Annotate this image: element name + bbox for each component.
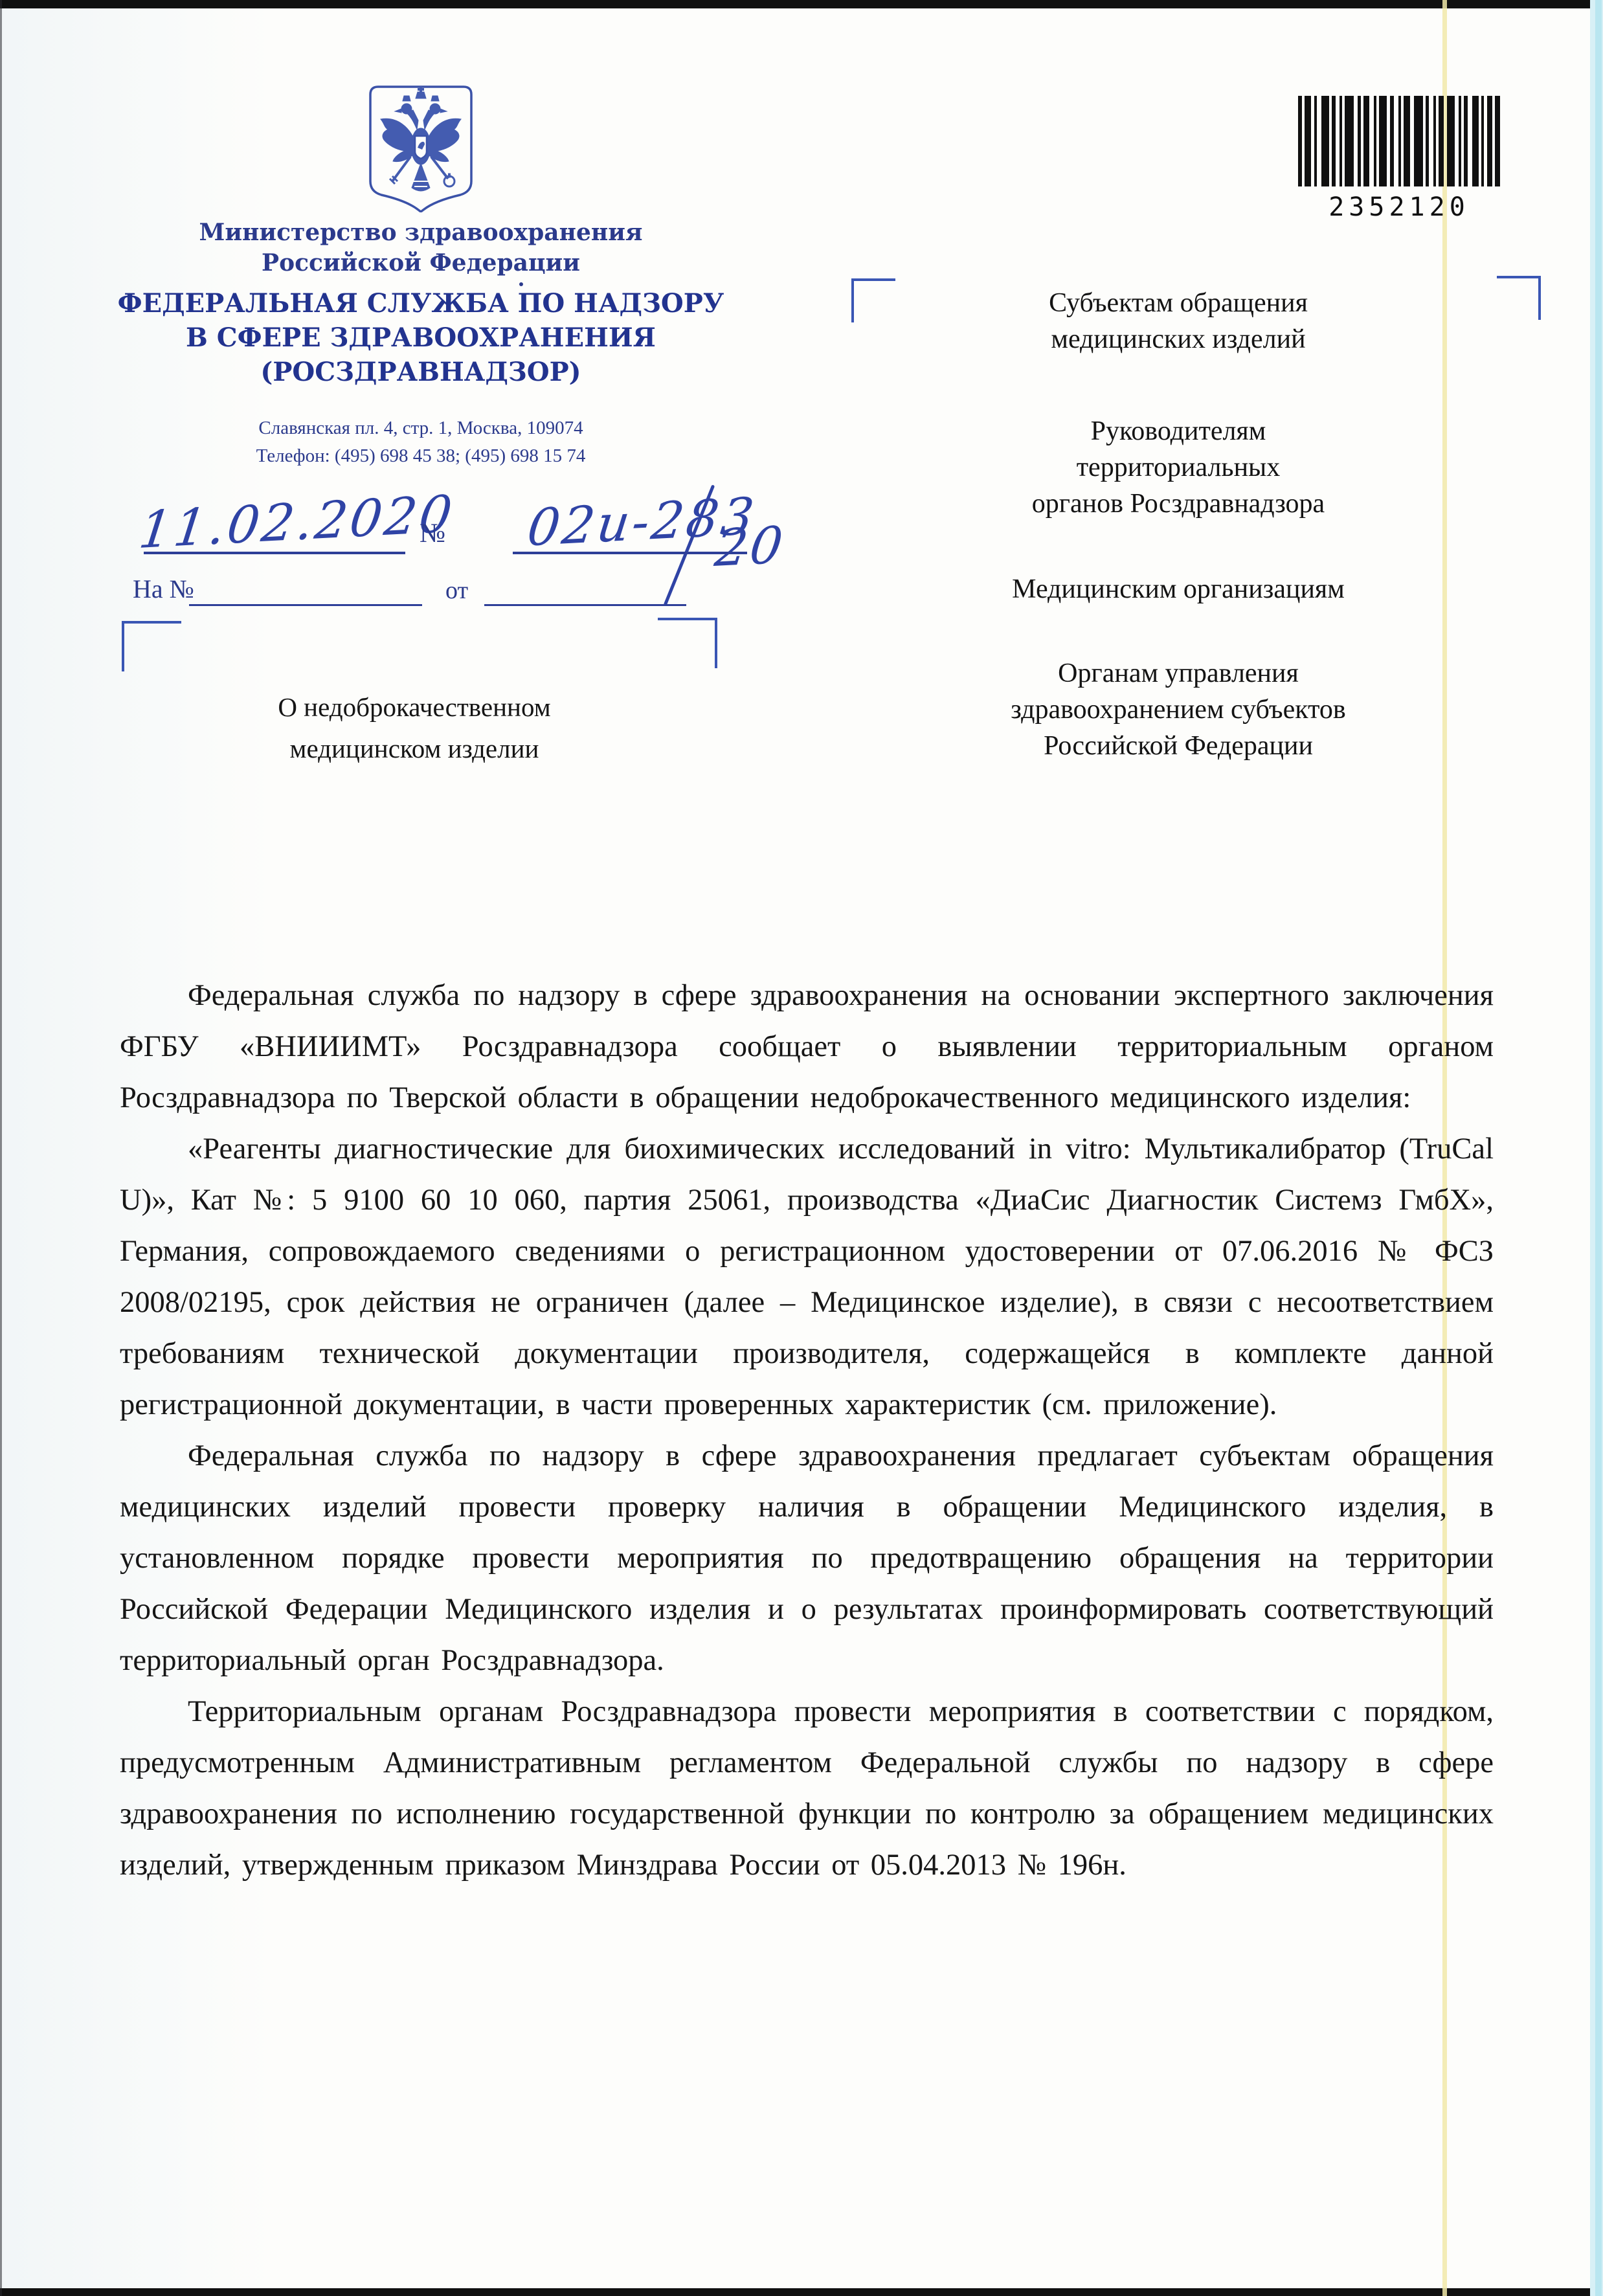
recipient-line: территориальных [880,449,1476,486]
recipient-line: Руководителям [880,413,1476,449]
subject-line-1: О недоброкачественном [201,686,628,728]
recipient-line: здравоохранением субъектов [880,692,1476,728]
reply-date-blank-line [484,604,686,606]
postal-address: Славянская пл. 4, стр. 1, Москва, 109074 [117,414,725,442]
service-line-2: В СФЕРЕ ЗДРАВООХРАНЕНИЯ [117,321,725,355]
body-paragraph-1: Федеральная служба по надзору в сфере зд… [120,970,1494,1123]
scan-stripe-cyan [1595,0,1602,2296]
recipient-line: Органам управления [880,655,1476,692]
recipient-line: медицинских изделий [880,321,1476,357]
ministry-line-2: Российской Федерации [117,248,725,278]
ministry-line-1: Министерство здравоохранения [117,218,725,248]
recipient-block-1: Субъектам обращения медицинских изделий [880,285,1476,357]
subject-line-2: медицинском изделии [201,728,628,769]
ministry-name: Министерство здравоохранения Российской … [117,218,725,278]
numero-sign: № [420,518,445,549]
reply-number-blank-line [189,604,422,606]
letter-body: Федеральная служба по надзору в сфере зд… [120,970,1494,1891]
subject-line: О недоброкачественном медицинском издели… [201,686,628,769]
address-zone-corner-left [122,621,181,671]
phone-numbers: Телефон: (495) 698 45 38; (495) 698 15 7… [117,442,725,470]
scanned-letter-page: Министерство здравоохранения Российской … [0,0,1603,2296]
russia-coat-of-arms-icon [368,84,474,216]
recipient-line: Медицинским организациям [880,571,1476,607]
body-paragraph-2: «Реагенты диагностические для биохимичес… [120,1123,1494,1430]
recipient-block-2: Руководителям территориальных органов Ро… [880,413,1476,522]
recipient-line: органов Росздравнадзора [880,486,1476,522]
date-underline [144,552,405,554]
service-line-1: ФЕДЕРАЛЬНАЯ СЛУЖБА ПО НАДЗОРУ [117,286,725,321]
recipient-line: Субъектам обращения [880,285,1476,321]
service-line-3: (РОСЗДРАВНАДЗОР) [117,355,725,389]
barcode: 2352120 [1298,96,1500,222]
scan-edge-bottom [0,2288,1603,2296]
number-underline [513,552,747,554]
service-name: ФЕДЕРАЛЬНАЯ СЛУЖБА ПО НАДЗОРУ В СФЕРЕ ЗД… [117,286,725,389]
recipient-block-4: Органам управления здравоохранением субъ… [880,655,1476,764]
recipient-block-3: Медицинским организациям [880,571,1476,607]
barcode-bars [1298,96,1500,186]
recipient-line: Российской Федерации [880,728,1476,764]
handwritten-number-part2: 20 [712,516,789,578]
reply-reference-label: На № [133,574,194,604]
body-paragraph-3: Федеральная служба по надзору в сфере зд… [120,1430,1494,1686]
contact-block: Славянская пл. 4, стр. 1, Москва, 109074… [117,414,725,470]
address-zone-corner-right [658,618,717,668]
recipient-zone-corner-right [1497,276,1541,320]
barcode-number: 2352120 [1298,192,1500,222]
scan-edge-left [0,0,2,2296]
scan-edge-top [0,0,1603,8]
body-paragraph-4: Территориальным органам Росздравнадзора … [120,1686,1494,1891]
reply-from-label: от [445,576,468,605]
